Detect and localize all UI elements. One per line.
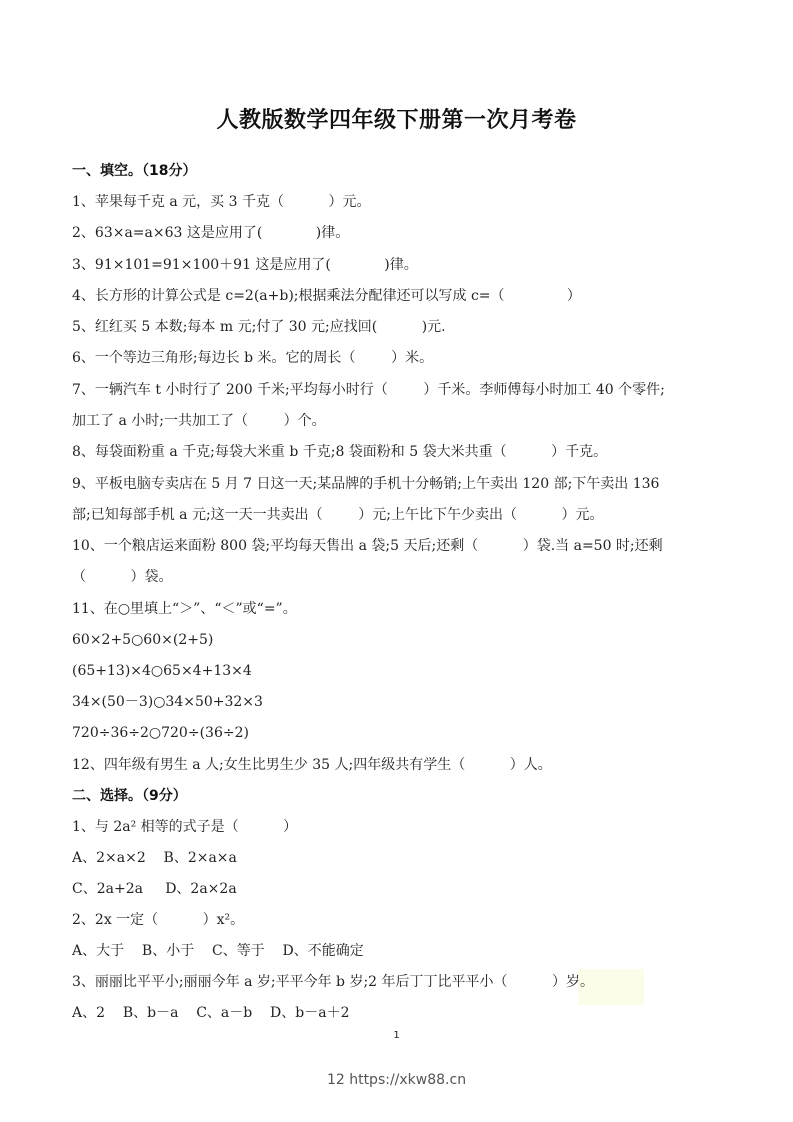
question-1-2: 2、63×a=a×63 这是应用了( )律。	[72, 224, 349, 242]
comparison-2: (65+13)×4○65×4+13×4	[72, 662, 252, 680]
question-1-12: 12、四年级有男生 a 人;女生比男生少 35 人;四年级共有学生（ ）人。	[72, 756, 552, 774]
comparison-3: 34×(50－3)○34×50+32×3	[72, 693, 263, 711]
question-1-9-cont: 部;已知每部手机 a 元;这一天一共卖出（ ）元;上午比下午少卖出（ ）元。	[72, 506, 604, 524]
question-1-1: 1、苹果每千克 a 元，买 3 千克（ ）元。	[72, 193, 370, 211]
question-1-7: 7、一辆汽车 t 小时行了 200 千米;平均每小时行（ ）千米。李师傅每小时加…	[72, 381, 665, 399]
question-1-4: 4、长方形的计算公式是 c=2(a+b);根据乘法分配律还可以写成 c=（ ）	[72, 287, 581, 305]
document-title: 人教版数学四年级下册第一次月考卷	[0, 103, 793, 134]
question-2-3: 3、丽丽比平平小;丽丽今年 a 岁;平平今年 b 岁;2 年后丁丁比平平小（ ）…	[72, 973, 594, 991]
section-choice-heading: 二、选择。（9分）	[72, 787, 187, 805]
question-1-7-cont: 加工了 a 小时;一共加工了（ ）个。	[72, 412, 326, 430]
question-1-3: 3、91×101=91×100＋91 这是应用了( )律。	[72, 256, 418, 274]
comparison-1: 60×2+5○60×(2+5)	[72, 631, 213, 649]
options-2-1-cd: C、2a+2a D、2a×2a	[72, 880, 237, 898]
options-2-2: A、大于 B、小于 C、等于 D、不能确定	[72, 942, 364, 960]
options-2-3: A、2 B、b－a C、a－b D、b－a＋2	[72, 1004, 349, 1022]
comparison-4: 720÷36÷2○720÷(36÷2)	[72, 724, 249, 742]
watermark-footer: 12 https://xkw88.cn	[0, 1072, 793, 1088]
section-fill-in-heading: 一、填空。（18分）	[72, 162, 196, 180]
question-1-6: 6、一个等边三角形;每边长 b 米。它的周长（ ）米。	[72, 349, 433, 367]
question-2-1: 1、与 2a² 相等的式子是（ ）	[72, 818, 297, 836]
question-2-2: 2、2x 一定（ ）x²。	[72, 911, 244, 929]
question-1-5: 5、红红买 5 本数;每本 m 元;付了 30 元;应找回( )元.	[72, 318, 446, 336]
page-number: 1	[0, 1030, 793, 1041]
question-1-10: 10、一个粮店运来面粉 800 袋;平均每天售出 a 袋;5 天后;还剩（ ）袋…	[72, 537, 663, 555]
question-1-8: 8、每袋面粉重 a 千克;每袋大米重 b 千克;8 袋面粉和 5 袋大米共重（ …	[72, 443, 607, 461]
options-2-1-ab: A、2×a×2 B、2×a×a	[72, 849, 237, 867]
question-1-9: 9、平板电脑专卖店在 5 月 7 日这一天;某品牌的手机十分畅销;上午卖出 12…	[72, 475, 659, 493]
question-1-10-cont: （ ）袋。	[72, 568, 173, 586]
question-1-11: 11、在○里填上“＞”、“＜”或“=”。	[72, 600, 297, 618]
